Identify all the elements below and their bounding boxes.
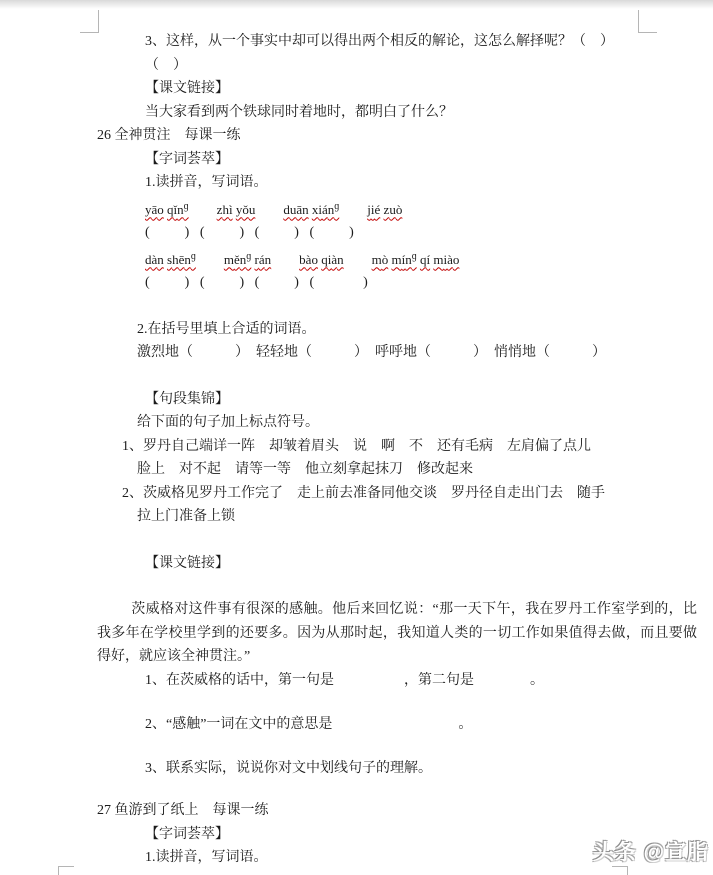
question-3-line-1: 3、这样，从一个事实中却可以得出两个相反的解论，这怎么解择呢？（ ） bbox=[97, 30, 697, 54]
lesson-27-title: 27 鱼游到了纸上 每课一练 bbox=[97, 799, 697, 823]
document-page: { "watermark": "头条 @宣脂", "colors": { "sp… bbox=[0, 0, 713, 875]
section-header-zici-26: 【字词荟萃】 bbox=[97, 148, 697, 172]
reading-question-1: 1、在茨威格的话中，第一句是 ，第二句是 。 bbox=[97, 669, 697, 693]
reading-question-3: 3、联系实际，说说你对文中划线句子的理解。 bbox=[97, 757, 697, 781]
lesson-26-title: 26 全神贯注 每课一练 bbox=[97, 124, 697, 148]
punctuation-item-2-line-2: 拉上门准备上锁 bbox=[97, 505, 697, 529]
page-top-edge bbox=[0, 0, 713, 9]
pinyin-word: bào qiàn bbox=[299, 252, 343, 267]
punctuation-item-2-line-1: 2、茨威格见罗丹工作完了 走上前去准备同他交谈 罗丹径自走出门去 随手 bbox=[97, 482, 697, 506]
section-header-juduan-26: 【句段集锦】 bbox=[97, 388, 697, 412]
exercise-2-label-26: 2.在括号里填上合适的词语。 bbox=[97, 318, 697, 342]
pinyin-word: dàn shēnɡ bbox=[145, 252, 196, 267]
pinyin-word: jié zuò bbox=[367, 202, 402, 217]
exercise-1-label-26: 1.读拼音，写词语。 bbox=[97, 171, 697, 195]
page-margin-mark-bottom-left bbox=[58, 866, 74, 875]
punctuation-item-1-line-2: 脸上 对不起 请等一等 他立刻拿起抹刀 修改起来 bbox=[97, 458, 697, 482]
reading-question-2: 2、“感触”一词在文中的意思是 。 bbox=[97, 713, 697, 737]
answer-paren-row-1: ( ) ( ) ( ) ( ) bbox=[97, 221, 697, 245]
pinyin-word: zhì yǒu bbox=[217, 202, 256, 217]
pinyin-row-2: dàn shēnɡměnɡ ránbào qiànmò mínɡ qí miào bbox=[97, 245, 697, 272]
pinyin-word: yāo qǐnɡ bbox=[145, 202, 189, 217]
exercise-2-blanks: 激烈地（ ） 轻轻地（ ） 呼呼地（ ） 悄悄地（ ） bbox=[97, 341, 697, 365]
juduan-instruction: 给下面的句子加上标点符号。 bbox=[97, 411, 697, 435]
document-body: 3、这样，从一个事实中却可以得出两个相反的解论，这怎么解择呢？（ ） （ ） 【… bbox=[97, 30, 697, 870]
kewen-link-question-prev: 当大家看到两个铁球同时着地时，都明白了什么？ bbox=[97, 101, 697, 125]
toutiao-watermark: 头条 @宣脂 bbox=[593, 836, 709, 866]
pinyin-word: měnɡ rán bbox=[224, 252, 271, 267]
pinyin-word: mò mínɡ qí miào bbox=[372, 252, 460, 267]
section-header-kewen-link-prev: 【课文链接】 bbox=[97, 77, 697, 101]
punctuation-item-1-line-1: 1、罗丹自己端详一阵 却皱着眉头 说 啊 不 还有毛病 左肩偏了点儿 bbox=[97, 435, 697, 459]
pinyin-row-1: yāo qǐnɡzhì yǒuduān xiánɡjié zuò bbox=[97, 195, 697, 222]
reading-passage: 茨威格对这件事有很深的感触。他后来回忆说：“那一天下午，我在罗丹工作室学到的，比… bbox=[97, 598, 697, 669]
pinyin-word: duān xiánɡ bbox=[283, 202, 339, 217]
section-header-kewen-link-26: 【课文链接】 bbox=[97, 552, 697, 576]
answer-paren-row-2: ( ) ( ) ( ) ( ) bbox=[97, 271, 697, 295]
question-3-line-2: （ ） bbox=[97, 54, 697, 78]
